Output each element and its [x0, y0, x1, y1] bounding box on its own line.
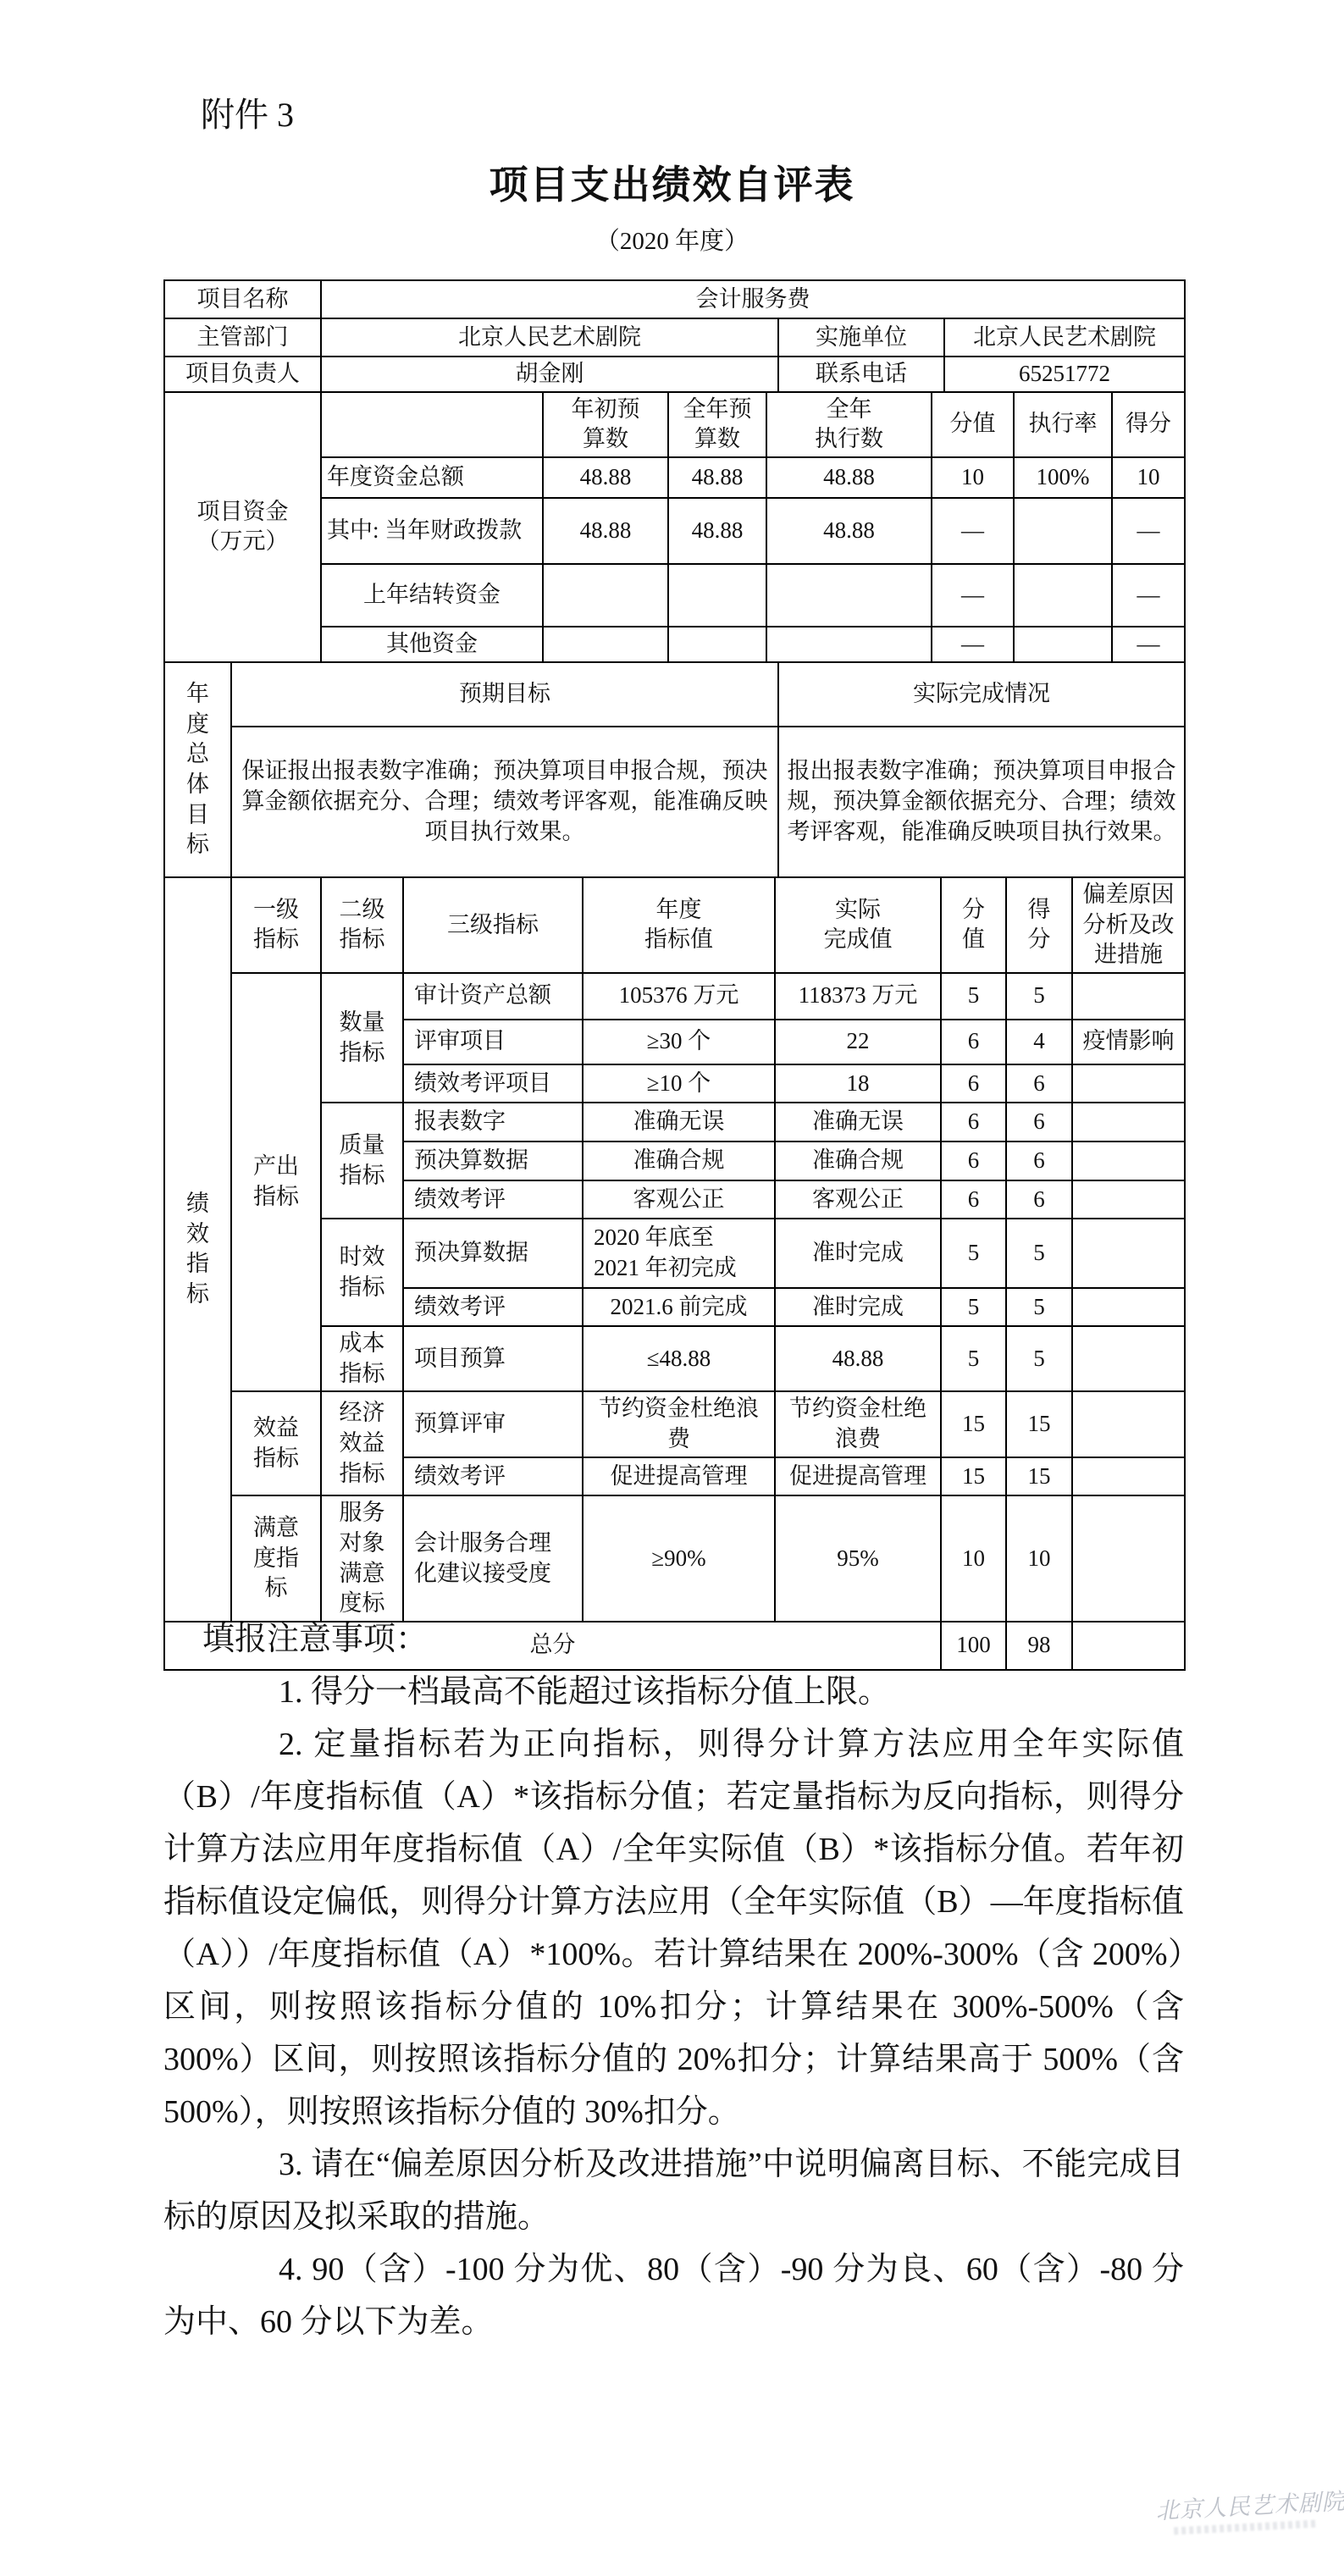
indicator-score: 4: [1006, 1020, 1072, 1064]
indicator-score-max: 15: [941, 1457, 1006, 1496]
header-deviation: 偏差原因 分析及改 进措施: [1072, 877, 1185, 973]
funds-executed: 48.88: [766, 457, 932, 498]
indicator-actual: 节约资金杜绝浪费: [775, 1391, 941, 1457]
indicator-actual: 22: [775, 1020, 941, 1064]
indicator-deviation: [1072, 1391, 1185, 1457]
funds-executed: 48.88: [766, 498, 932, 564]
level2-service: 服务 对象 满意 度标: [321, 1495, 403, 1622]
indicator-l3: 绩效考评: [403, 1288, 583, 1327]
funds-header-score: 得分: [1112, 392, 1185, 457]
funds-annual: [668, 564, 766, 627]
dept-label: 主管部门: [164, 318, 321, 357]
indicator-deviation: [1072, 973, 1185, 1020]
indicator-deviation: [1072, 1180, 1185, 1219]
level1-output: 产出 指标: [231, 973, 321, 1392]
goal-content-row: 保证报出报表数字准确；预决算项目申报合规，预决算金额依据充分、合理；绩效考评客观…: [164, 727, 1185, 877]
indicator-score: 5: [1006, 1288, 1072, 1327]
indicator-score-max: 5: [941, 1219, 1006, 1287]
funds-header-score-max: 分值: [932, 392, 1014, 457]
indicator-score-max: 15: [941, 1391, 1006, 1457]
indicator-score-max: 6: [941, 1020, 1006, 1064]
leader-label: 项目负责人: [164, 357, 321, 392]
indicator-target: ≥90%: [583, 1495, 775, 1622]
indicator-l3: 评审项目: [403, 1020, 583, 1064]
indicator-target: ≥30 个: [583, 1020, 775, 1064]
indicator-l3: 报表数字: [403, 1103, 583, 1142]
funds-executed: [766, 564, 932, 627]
indicator-target: 准确合规: [583, 1142, 775, 1180]
indicator-header-row: 绩 效 指 标 一级 指标 二级 指标 三级指标 年度 指标值 实际 完成值 分…: [164, 877, 1185, 973]
funds-score: —: [1112, 498, 1185, 564]
level2-economic: 经济 效益 指标: [321, 1391, 403, 1495]
funds-score-max: —: [932, 627, 1014, 662]
level1-benefit: 效益 指标: [231, 1391, 321, 1495]
indicator-deviation: [1072, 1288, 1185, 1327]
page-subtitle: （2020 年度）: [0, 222, 1344, 257]
indicator-target: 节约资金杜绝浪费: [583, 1391, 775, 1457]
indicator-l3: 会计服务合理化建议接受度: [403, 1495, 583, 1622]
indicator-l3: 审计资产总额: [403, 973, 583, 1020]
indicator-score: 6: [1006, 1180, 1072, 1219]
indicator-target: 105376 万元: [583, 973, 775, 1020]
indicator-score: 10: [1006, 1495, 1072, 1622]
funds-header-annual-budget: 全年预 算数: [668, 392, 766, 457]
indicator-score-max: 10: [941, 1495, 1006, 1622]
indicator-actual: 准时完成: [775, 1288, 941, 1327]
funds-score-max: 10: [932, 457, 1014, 498]
goal-expected-text: 保证报出报表数字准确；预决算项目申报合规，预决算金额依据充分、合理；绩效考评客观…: [231, 727, 778, 877]
header-actual: 实际 完成值: [775, 877, 941, 973]
indicator-deviation: [1072, 1219, 1185, 1287]
funds-exec-rate: [1014, 627, 1112, 662]
indicator-l3: 绩效考评: [403, 1457, 583, 1496]
goal-group-label: 年 度 总 体 目 标: [164, 662, 231, 877]
filling-notes: 填报注意事项： 1. 得分一档最高不能超过该指标分值上限。 2. 定量指标若为正…: [163, 1613, 1184, 2348]
funds-initial: [543, 627, 668, 662]
indicator-actual: 48.88: [775, 1326, 941, 1391]
indicator-deviation: [1072, 1142, 1185, 1180]
indicator-l3: 绩效考评项目: [403, 1064, 583, 1103]
table-row: 主管部门 北京人民艺术剧院 实施单位 北京人民艺术剧院: [164, 318, 1185, 357]
watermark-text: 北京人民艺术剧院: [1155, 2484, 1335, 2526]
funds-row-label: 上年结转资金: [321, 564, 543, 627]
indicator-deviation: [1072, 1326, 1185, 1391]
indicator-l3: 预算评审: [403, 1391, 583, 1457]
header-level2: 二级 指标: [321, 877, 403, 973]
funds-row-label: 年度资金总额: [321, 457, 543, 498]
notes-item-3: 3. 请在“偏差原因分析及改进措施”中说明偏离目标、不能完成目标的原因及拟采取的…: [163, 2138, 1184, 2243]
phone-label: 联系电话: [778, 357, 944, 392]
indicator-score-max: 5: [941, 1326, 1006, 1391]
indicator-target: 促进提高管理: [583, 1457, 775, 1496]
indicator-actual: 准确无误: [775, 1103, 941, 1142]
impl-unit-label: 实施单位: [778, 318, 944, 357]
indicator-l3: 绩效考评: [403, 1180, 583, 1219]
indicator-actual: 95%: [775, 1495, 941, 1622]
indicator-score: 5: [1006, 973, 1072, 1020]
indicator-score-max: 6: [941, 1064, 1006, 1103]
indicator-score: 5: [1006, 1326, 1072, 1391]
indicator-score: 15: [1006, 1457, 1072, 1496]
funds-score-max: —: [932, 564, 1014, 627]
level1-satisfaction: 满意 度指 标: [231, 1495, 321, 1622]
table-row: 项目名称 会计服务费: [164, 280, 1185, 318]
funds-header-exec-rate: 执行率: [1014, 392, 1112, 457]
indicator-deviation: [1072, 1495, 1185, 1622]
funds-initial: 48.88: [543, 457, 668, 498]
indicator-score-max: 6: [941, 1103, 1006, 1142]
funds-exec-rate: [1014, 498, 1112, 564]
goal-actual-header: 实际完成情况: [778, 662, 1185, 727]
funds-header-initial-budget: 年初预 算数: [543, 392, 668, 457]
indicators-table: 绩 效 指 标 一级 指标 二级 指标 三级指标 年度 指标值 实际 完成值 分…: [163, 876, 1186, 1671]
indicator-l3: 预决算数据: [403, 1219, 583, 1287]
funds-table: 项目资金 （万元） 年初预 算数 全年预 算数 全年 执行数 分值 执行率 得分…: [163, 391, 1186, 663]
indicator-target: ≤48.88: [583, 1326, 775, 1391]
funds-annual: [668, 627, 766, 662]
indicator-target: 2020 年底至 2021 年初完成: [583, 1219, 775, 1287]
page-title: 项目支出绩效自评表: [0, 154, 1344, 210]
goal-actual-text: 报出报表数字准确；预决算项目申报合规，预决算金额依据充分、合理；绩效考评客观，能…: [778, 727, 1185, 877]
evaluation-table: 项目名称 会计服务费 主管部门 北京人民艺术剧院 实施单位 北京人民艺术剧院 项…: [163, 279, 1184, 1671]
phone-value: 65251772: [944, 357, 1185, 392]
indicator-target: 准确无误: [583, 1103, 775, 1142]
indicator-deviation: 疫情影响: [1072, 1020, 1185, 1064]
table-row: 项目负责人 胡金刚 联系电话 65251772: [164, 357, 1185, 392]
funds-annual: 48.88: [668, 498, 766, 564]
header-score-max: 分 值: [941, 877, 1006, 973]
project-name-label: 项目名称: [164, 280, 321, 318]
funds-empty-header: [321, 392, 543, 457]
attachment-label: 附件 3: [201, 95, 294, 135]
indicator-target: 2021.6 前完成: [583, 1288, 775, 1327]
indicator-actual: 18: [775, 1064, 941, 1103]
goal-expected-header: 预期目标: [231, 662, 778, 727]
funds-initial: [543, 564, 668, 627]
level2-timeliness: 时效 指标: [321, 1219, 403, 1326]
indicator-deviation: [1072, 1103, 1185, 1142]
funds-row-label: 其他资金: [321, 627, 543, 662]
indicator-actual: 准时完成: [775, 1219, 941, 1287]
funds-score: —: [1112, 627, 1185, 662]
indicator-deviation: [1072, 1064, 1185, 1103]
indicator-actual: 118373 万元: [775, 973, 941, 1020]
indicator-l3: 项目预算: [403, 1326, 583, 1391]
funds-executed: [766, 627, 932, 662]
notes-heading: 填报注意事项：: [163, 1613, 1184, 1666]
indicator-score: 15: [1006, 1391, 1072, 1457]
impl-unit-value: 北京人民艺术剧院: [944, 318, 1185, 357]
indicator-l3: 预决算数据: [403, 1142, 583, 1180]
funds-score-max: —: [932, 498, 1014, 564]
watermark: 北京人民艺术剧院: [1155, 2484, 1335, 2536]
indicator-score: 6: [1006, 1103, 1072, 1142]
funds-header-row: 项目资金 （万元） 年初预 算数 全年预 算数 全年 执行数 分值 执行率 得分: [164, 392, 1185, 457]
goal-header-row: 年 度 总 体 目 标 预期目标 实际完成情况: [164, 662, 1185, 727]
indicator-score-max: 5: [941, 1288, 1006, 1327]
level2-quantity: 数量 指标: [321, 973, 403, 1103]
header-level3: 三级指标: [403, 877, 583, 973]
funds-row-label: 其中: 当年财政拨款: [321, 498, 543, 564]
funds-annual: 48.88: [668, 457, 766, 498]
project-name-value: 会计服务费: [321, 280, 1185, 318]
document-page: 附件 3 项目支出绩效自评表 （2020 年度） 项目名称 会计服务费 主管部门…: [0, 0, 1344, 2576]
indicator-score: 6: [1006, 1142, 1072, 1180]
indicator-score-max: 6: [941, 1180, 1006, 1219]
header-level1: 一级 指标: [231, 877, 321, 973]
indicator-row: 效益 指标 经济 效益 指标 预算评审 节约资金杜绝浪费 节约资金杜绝浪费 15…: [164, 1391, 1185, 1457]
indicator-actual: 促进提高管理: [775, 1457, 941, 1496]
indicators-group-label: 绩 效 指 标: [164, 877, 231, 1622]
indicator-row: 满意 度指 标 服务 对象 满意 度标 会计服务合理化建议接受度 ≥90% 95…: [164, 1495, 1185, 1622]
indicator-score: 5: [1006, 1219, 1072, 1287]
indicator-actual: 准确合规: [775, 1142, 941, 1180]
indicator-row: 产出 指标 数量 指标 审计资产总额 105376 万元 118373 万元 5…: [164, 973, 1185, 1020]
indicator-score-max: 5: [941, 973, 1006, 1020]
funds-group-label: 项目资金 （万元）: [164, 392, 321, 662]
funds-initial: 48.88: [543, 498, 668, 564]
indicator-actual: 客观公正: [775, 1180, 941, 1219]
notes-item-4: 4. 90（含）-100 分为优、80（含）-90 分为良、60（含）-80 分…: [163, 2243, 1184, 2348]
funds-score: —: [1112, 564, 1185, 627]
funds-header-annual-executed: 全年 执行数: [766, 392, 932, 457]
annual-goal-table: 年 度 总 体 目 标 预期目标 实际完成情况 保证报出报表数字准确；预决算项目…: [163, 661, 1186, 878]
level2-cost: 成本 指标: [321, 1326, 403, 1391]
header-score: 得 分: [1006, 877, 1072, 973]
leader-value: 胡金刚: [321, 357, 778, 392]
indicator-deviation: [1072, 1457, 1185, 1496]
indicator-score-max: 6: [941, 1142, 1006, 1180]
notes-item-1: 1. 得分一档最高不能超过该指标分值上限。: [163, 1666, 1184, 1718]
level2-quality: 质量 指标: [321, 1103, 403, 1219]
funds-exec-rate: [1014, 564, 1112, 627]
funds-exec-rate: 100%: [1014, 457, 1112, 498]
indicator-target: 客观公正: [583, 1180, 775, 1219]
indicator-score: 6: [1006, 1064, 1072, 1103]
funds-score: 10: [1112, 457, 1185, 498]
header-target: 年度 指标值: [583, 877, 775, 973]
indicator-target: ≥10 个: [583, 1064, 775, 1103]
notes-item-2: 2. 定量指标若为正向指标，则得分计算方法应用全年实际值（B）/年度指标值（A）…: [163, 1718, 1184, 2138]
dept-value: 北京人民艺术剧院: [321, 318, 778, 357]
info-table: 项目名称 会计服务费 主管部门 北京人民艺术剧院 实施单位 北京人民艺术剧院 项…: [163, 279, 1186, 393]
